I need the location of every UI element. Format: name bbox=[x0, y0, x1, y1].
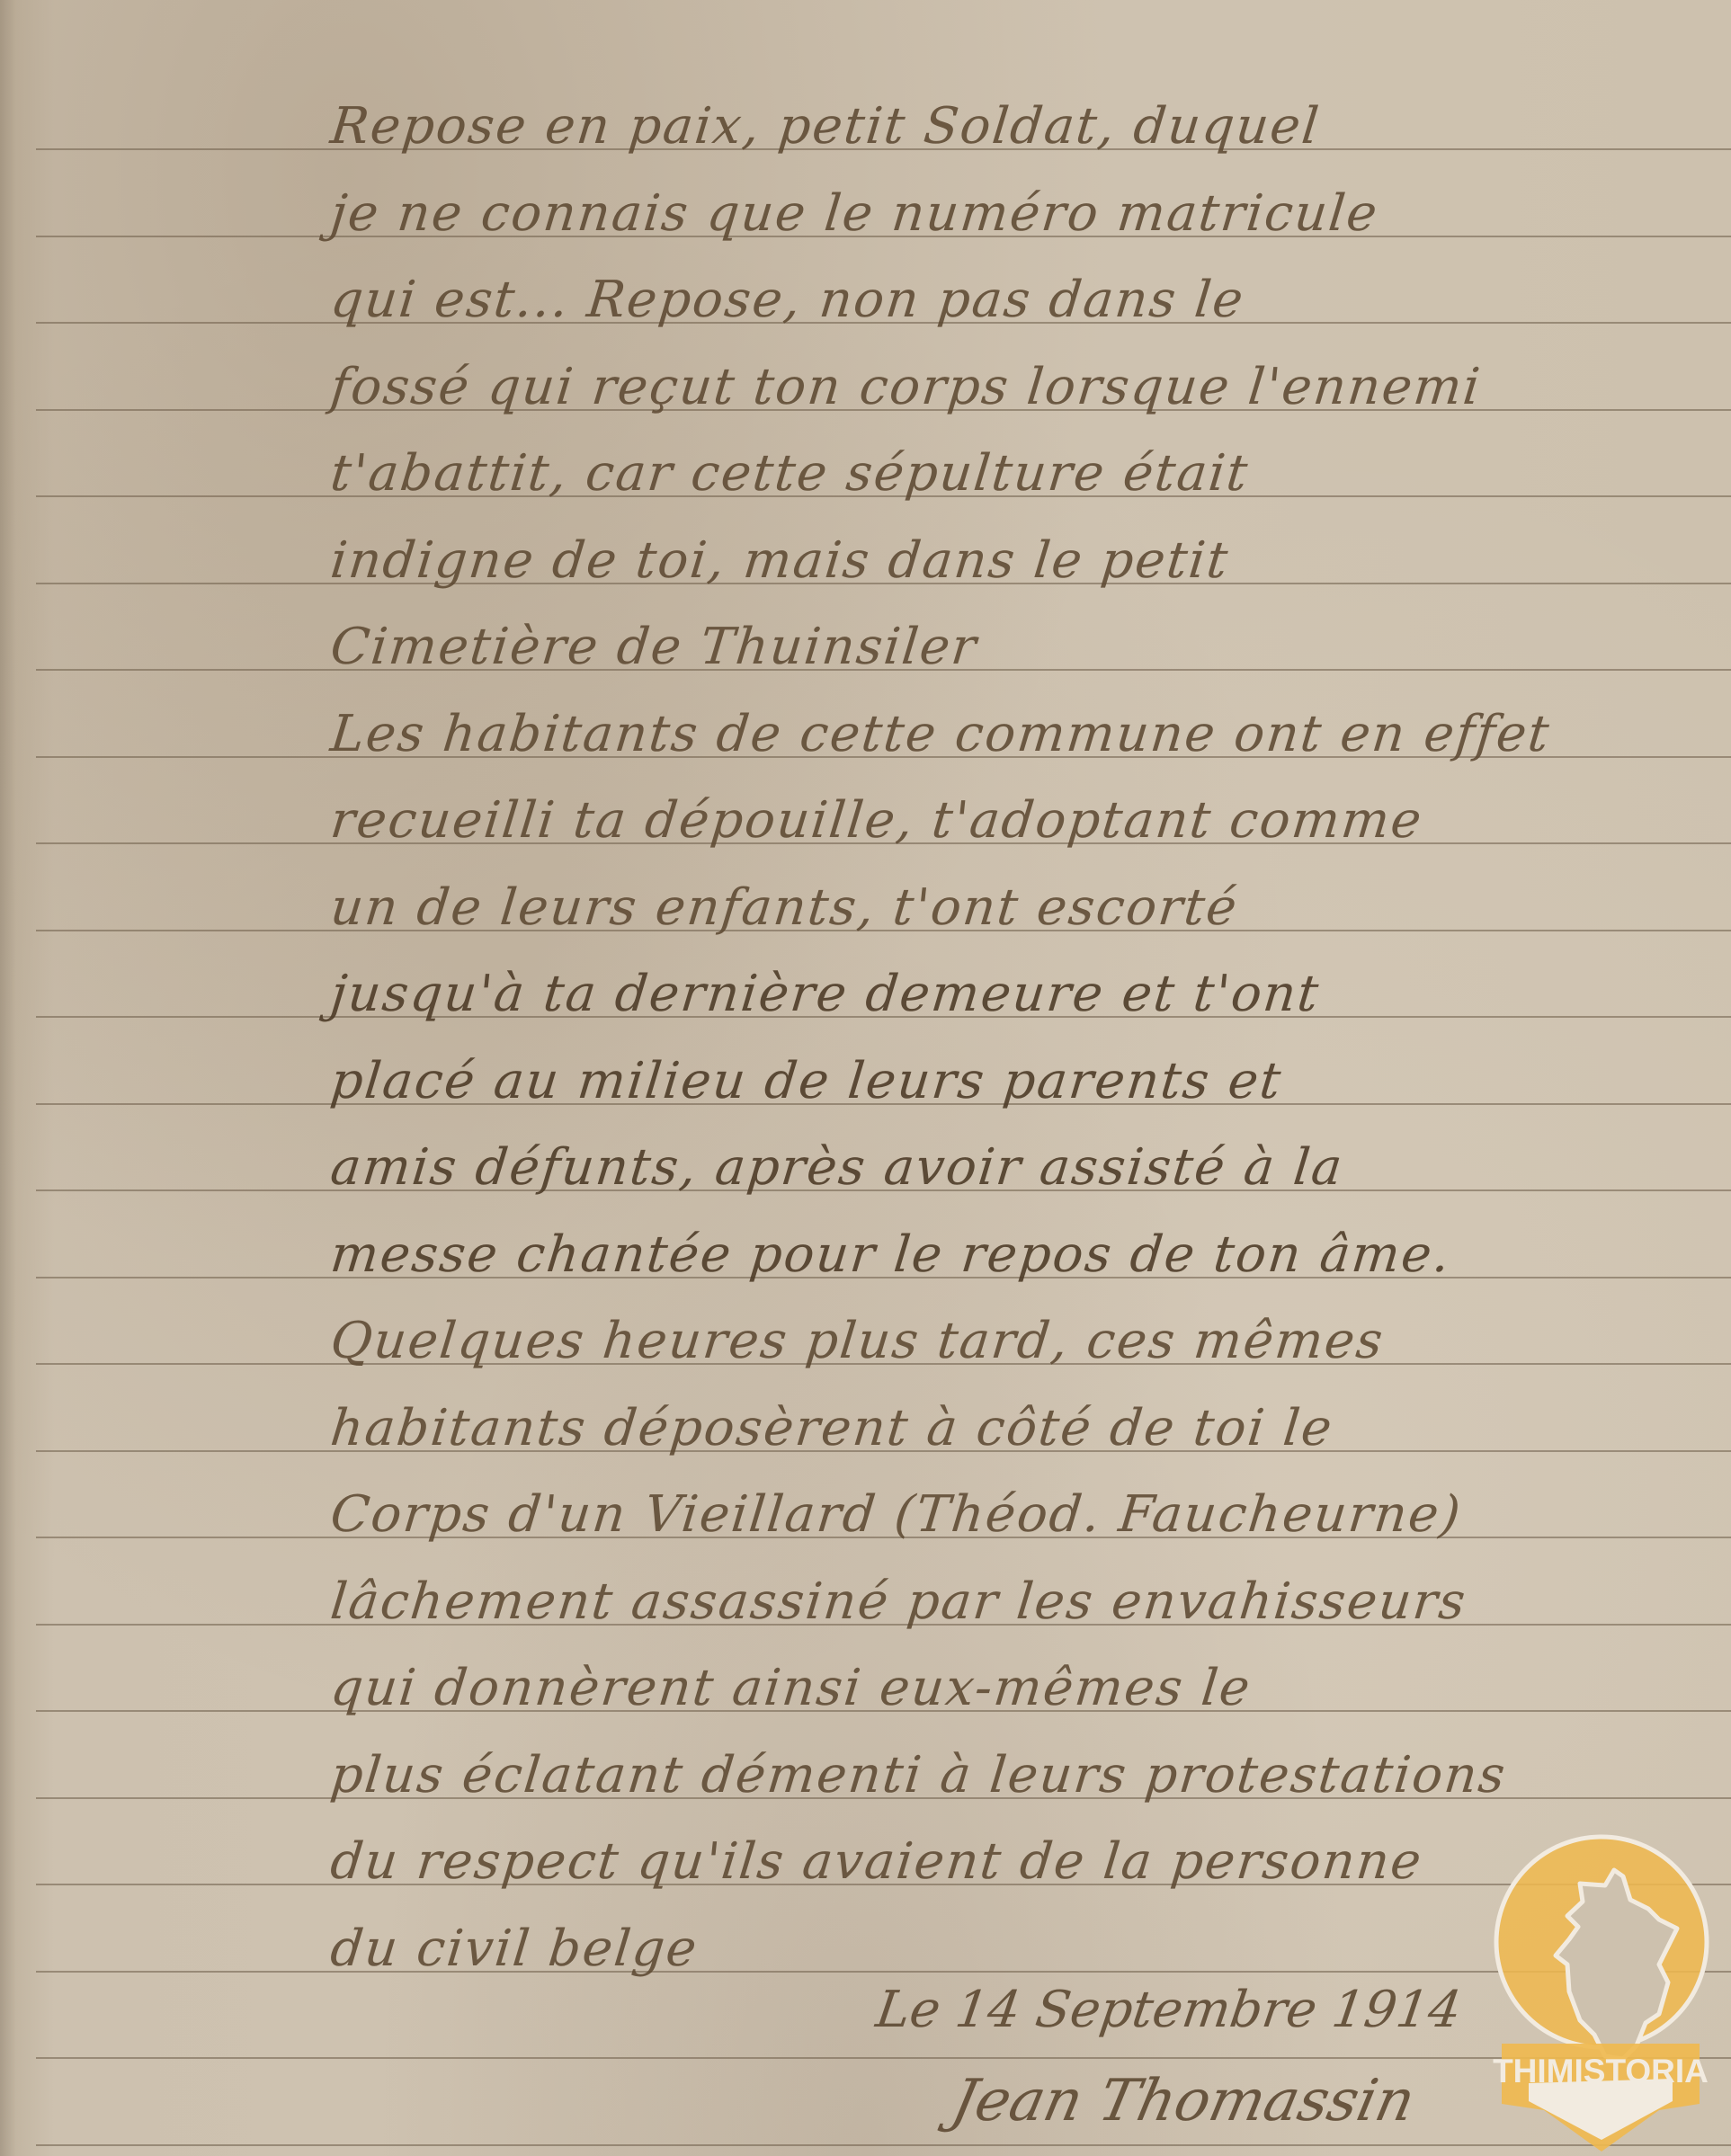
ruled-line bbox=[36, 2144, 1731, 2146]
handwritten-line: fossé qui reçut ton corps lorsque l'enne… bbox=[328, 362, 1700, 413]
ruled-line bbox=[36, 2057, 1731, 2059]
letter-page: Repose en paix, petit Soldat, duquel je … bbox=[0, 0, 1731, 2156]
handwritten-line: lâchement assassiné par les envahisseurs bbox=[328, 1577, 1700, 1627]
handwritten-line: jusqu'à ta dernière demeure et t'ont bbox=[328, 969, 1700, 1020]
thimistoria-watermark: THIMISTORIA bbox=[1479, 1830, 1722, 2153]
handwritten-line: habitants déposèrent à côté de toi le bbox=[328, 1403, 1700, 1454]
handwritten-line: amis défunts, après avoir assisté à la bbox=[328, 1143, 1700, 1193]
handwritten-line: t'abattit, car cette sépulture était bbox=[328, 449, 1700, 499]
handwritten-line: messe chantée pour le repos de ton âme. bbox=[328, 1230, 1700, 1280]
handwritten-line: qui est... Repose, non pas dans le bbox=[328, 275, 1700, 325]
watermark-label: THIMISTORIA bbox=[1479, 2053, 1722, 2090]
handwritten-line: Corps d'un Vieillard (Théod. Faucheurne) bbox=[328, 1490, 1700, 1540]
handwritten-line: placé au milieu de leurs parents et bbox=[328, 1056, 1700, 1107]
handwritten-line: recueilli ta dépouille, t'adoptant comme bbox=[328, 796, 1700, 846]
handwritten-line: je ne connais que le numéro matricule bbox=[328, 189, 1700, 239]
handwritten-line: plus éclatant démenti à leurs protestati… bbox=[328, 1751, 1700, 1801]
map-outline-book-icon bbox=[1479, 1830, 1722, 2153]
handwritten-line: qui donnèrent ainsi eux-mêmes le bbox=[328, 1663, 1700, 1714]
handwritten-line: Quelques heures plus tard, ces mêmes bbox=[328, 1316, 1700, 1367]
letter-date: Le 14 Septembre 1914 bbox=[872, 1981, 1464, 2039]
handwritten-line: Repose en paix, petit Soldat, duquel bbox=[328, 102, 1700, 152]
handwritten-line: un de leurs enfants, t'ont escorté bbox=[328, 883, 1700, 933]
handwritten-line: indigne de toi, mais dans le petit bbox=[328, 536, 1700, 586]
handwritten-line: Cimetière de Thuinsiler bbox=[328, 622, 1700, 673]
signature: Jean Thomassin bbox=[946, 2068, 1421, 2134]
handwritten-line: Les habitants de cette commune ont en ef… bbox=[328, 709, 1700, 760]
